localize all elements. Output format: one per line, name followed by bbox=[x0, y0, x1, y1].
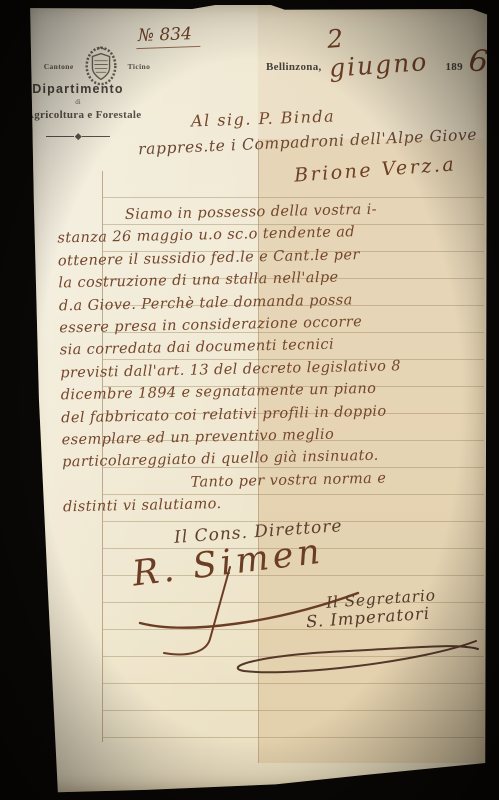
letterhead-office: Agricoltura e Forestale bbox=[26, 109, 130, 121]
dateline-day-month: 2 giugno bbox=[326, 17, 442, 83]
cantonal-seal-icon bbox=[79, 45, 123, 87]
letter-paper: Cantone Ticino Dipartimento di Agricoltu… bbox=[26, 5, 488, 793]
seal-label-ticino: Ticino bbox=[128, 62, 151, 71]
dateline-place: Bellinzona, bbox=[266, 61, 322, 79]
letterhead-department: Dipartimento bbox=[26, 82, 130, 96]
seal-label-cantone: Cantone bbox=[44, 62, 74, 71]
body-text: Siamo in possesso della vostra i- stanza… bbox=[57, 197, 485, 519]
dateline-year-hand: 6 bbox=[467, 43, 490, 80]
dateline: Bellinzona, 2 giugno 189 6 bbox=[266, 21, 488, 79]
letterhead-divider-ornament bbox=[46, 134, 110, 139]
letterhead-di: di bbox=[26, 98, 130, 106]
dateline-year-printed: 189 bbox=[446, 61, 463, 79]
document-photo: Cantone Ticino Dipartimento di Agricoltu… bbox=[0, 0, 499, 800]
letterhead-seal-row: Cantone Ticino bbox=[28, 45, 166, 87]
protocol-number: № 834 bbox=[136, 24, 201, 49]
